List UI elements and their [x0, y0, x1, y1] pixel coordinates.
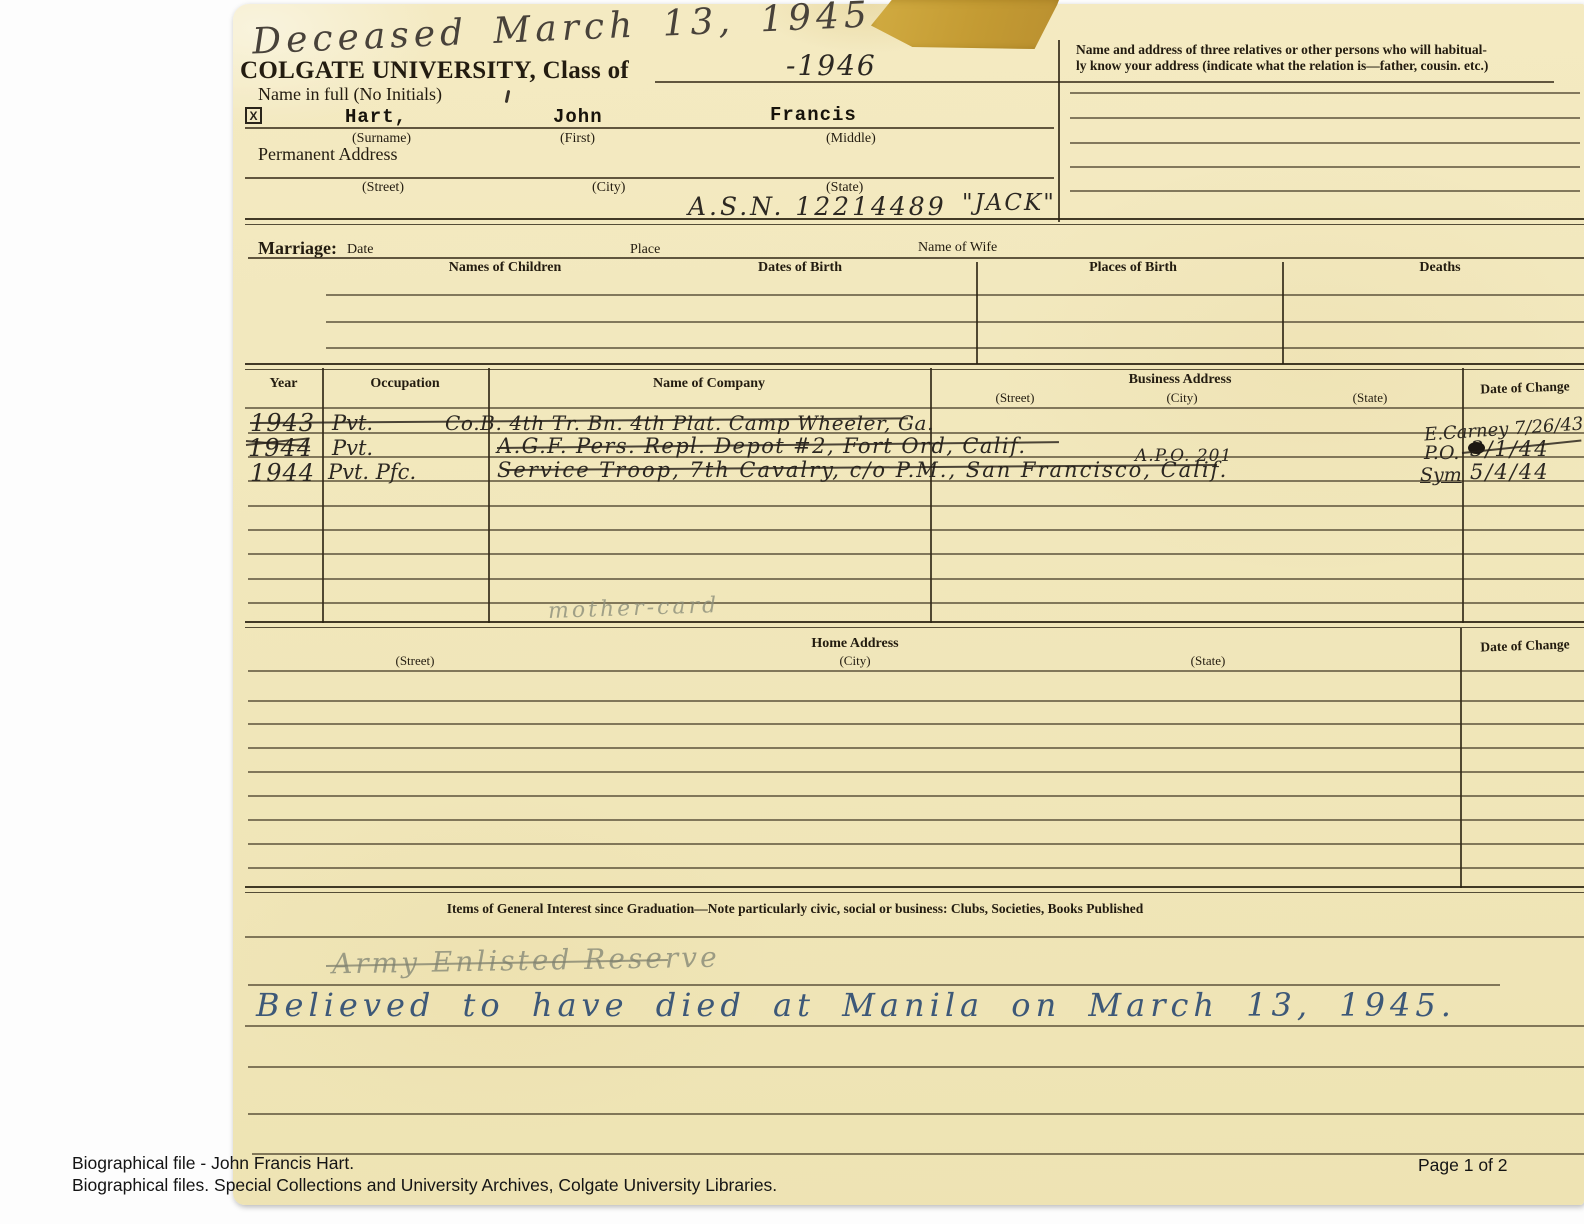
caption-source: Biographical files. Special Collections …: [72, 1175, 777, 1196]
home-address-heading: Home Address: [600, 636, 1110, 652]
home-row-line: [248, 723, 1584, 725]
general-interest-line: [248, 1113, 1584, 1115]
marriage-date-label: Date: [347, 242, 373, 258]
relatives-box-divider: [1058, 40, 1060, 222]
children-birthplaces-header: Places of Birth: [1023, 260, 1243, 276]
employment-header-underline: [245, 407, 1584, 409]
children-names-header: Names of Children: [370, 260, 640, 276]
home-row-line: [248, 819, 1584, 821]
employment-row-line: [248, 578, 1584, 580]
year-header: Year: [245, 376, 322, 392]
employment-change-prefix: P.O.: [1424, 442, 1459, 464]
employment-row-occupation: Pvt. Pfc.: [328, 460, 416, 484]
home-state-label: (State): [1168, 653, 1248, 669]
university-title: COLGATE UNIVERSITY, Class of: [240, 57, 629, 85]
general-interest-heading: Items of General Interest since Graduati…: [330, 901, 1260, 917]
deceased-checkbox: X: [245, 107, 262, 124]
home-row-line: [248, 670, 1584, 672]
employment-top-divider: [245, 363, 1584, 370]
children-row-line: [326, 321, 1584, 323]
employment-row-company: Co.B. 4th Tr. Bn. 4th Plat. Camp Wheeler…: [445, 411, 934, 435]
relatives-line: [1070, 117, 1580, 119]
marriage-underline: [248, 257, 1584, 259]
checkbox-mark: X: [249, 109, 257, 123]
nickname-value: "JACK": [962, 190, 1056, 216]
first-name-value: John: [553, 106, 603, 128]
employment-bottom-divider: [245, 621, 1584, 628]
business-address-header: Business Address: [930, 372, 1430, 388]
employment-row-year: 1944: [250, 459, 315, 487]
home-row-line: [248, 700, 1584, 702]
children-deaths-header: Deaths: [1340, 260, 1540, 276]
address-underline: [245, 177, 1054, 179]
middle-name-value: Francis: [770, 104, 857, 126]
relatives-line: [1070, 190, 1580, 192]
home-row-line: [248, 843, 1584, 845]
class-year-value: -1946: [786, 49, 877, 82]
page-indicator: Page 1 of 2: [1418, 1155, 1508, 1176]
scan-page: Deceased March 13, 1945 COLGATE UNIVERSI…: [0, 0, 1584, 1224]
home-row-line: [248, 795, 1584, 797]
top-section-divider: [245, 218, 1584, 225]
first-label: (First): [560, 131, 595, 147]
employment-change-date: 5/4/44: [1470, 460, 1550, 484]
employment-row-line: [248, 602, 1584, 604]
employment-change-prefix: Sym: [1420, 464, 1462, 486]
business-city-label: (City): [1142, 390, 1222, 406]
employment-row-occupation: Pvt.: [332, 436, 373, 460]
home-row-line: [248, 747, 1584, 749]
employment-row-line: [248, 553, 1584, 555]
general-interest-line: [245, 936, 1584, 938]
permanent-address-label: Permanent Address: [258, 144, 397, 165]
children-row-line: [326, 347, 1584, 349]
business-state-label: (State): [1330, 390, 1410, 406]
home-row-line: [248, 771, 1584, 773]
name-in-full-label: Name in full (No Initials): [258, 84, 442, 105]
wife-label: Name of Wife: [918, 240, 997, 256]
middle-label: (Middle): [826, 131, 876, 147]
business-street-label: (Street): [975, 390, 1055, 406]
children-col-divider: [1282, 262, 1284, 364]
home-street-label: (Street): [375, 653, 455, 669]
home-bottom-divider: [245, 886, 1584, 893]
surname-value: Hart,: [345, 106, 407, 128]
relatives-line: [1070, 142, 1580, 144]
children-birthdates-header: Dates of Birth: [690, 260, 910, 276]
employment-row-line: [248, 505, 1584, 507]
relatives-instructions: Name and address of three relatives or o…: [1076, 42, 1572, 74]
caption-title: Biographical file - John Francis Hart.: [72, 1153, 354, 1174]
relatives-line: [1070, 166, 1580, 168]
relatives-line: [1070, 92, 1580, 94]
children-col-divider: [976, 262, 978, 364]
company-header: Name of Company: [488, 376, 930, 392]
occupation-header: Occupation: [322, 376, 488, 392]
general-interest-line: [248, 1066, 1584, 1068]
children-row-line: [326, 294, 1584, 296]
city-label: (City): [592, 180, 625, 196]
general-interest-line: [252, 1153, 1584, 1155]
home-row-line: [248, 867, 1584, 869]
home-col-divider: [1460, 628, 1462, 888]
asn-value: A.S.N. 12214489: [688, 192, 947, 221]
name-underline: [245, 127, 1054, 129]
general-interest-line: [245, 1025, 1584, 1027]
marriage-label: Marriage:: [258, 238, 337, 259]
marriage-place-label: Place: [630, 242, 660, 258]
ink-note-died-manila: Believed to have died at Manila on March…: [256, 986, 1456, 1024]
employment-row-line: [248, 529, 1584, 531]
home-city-label: (City): [815, 653, 895, 669]
street-label: (Street): [362, 180, 404, 196]
